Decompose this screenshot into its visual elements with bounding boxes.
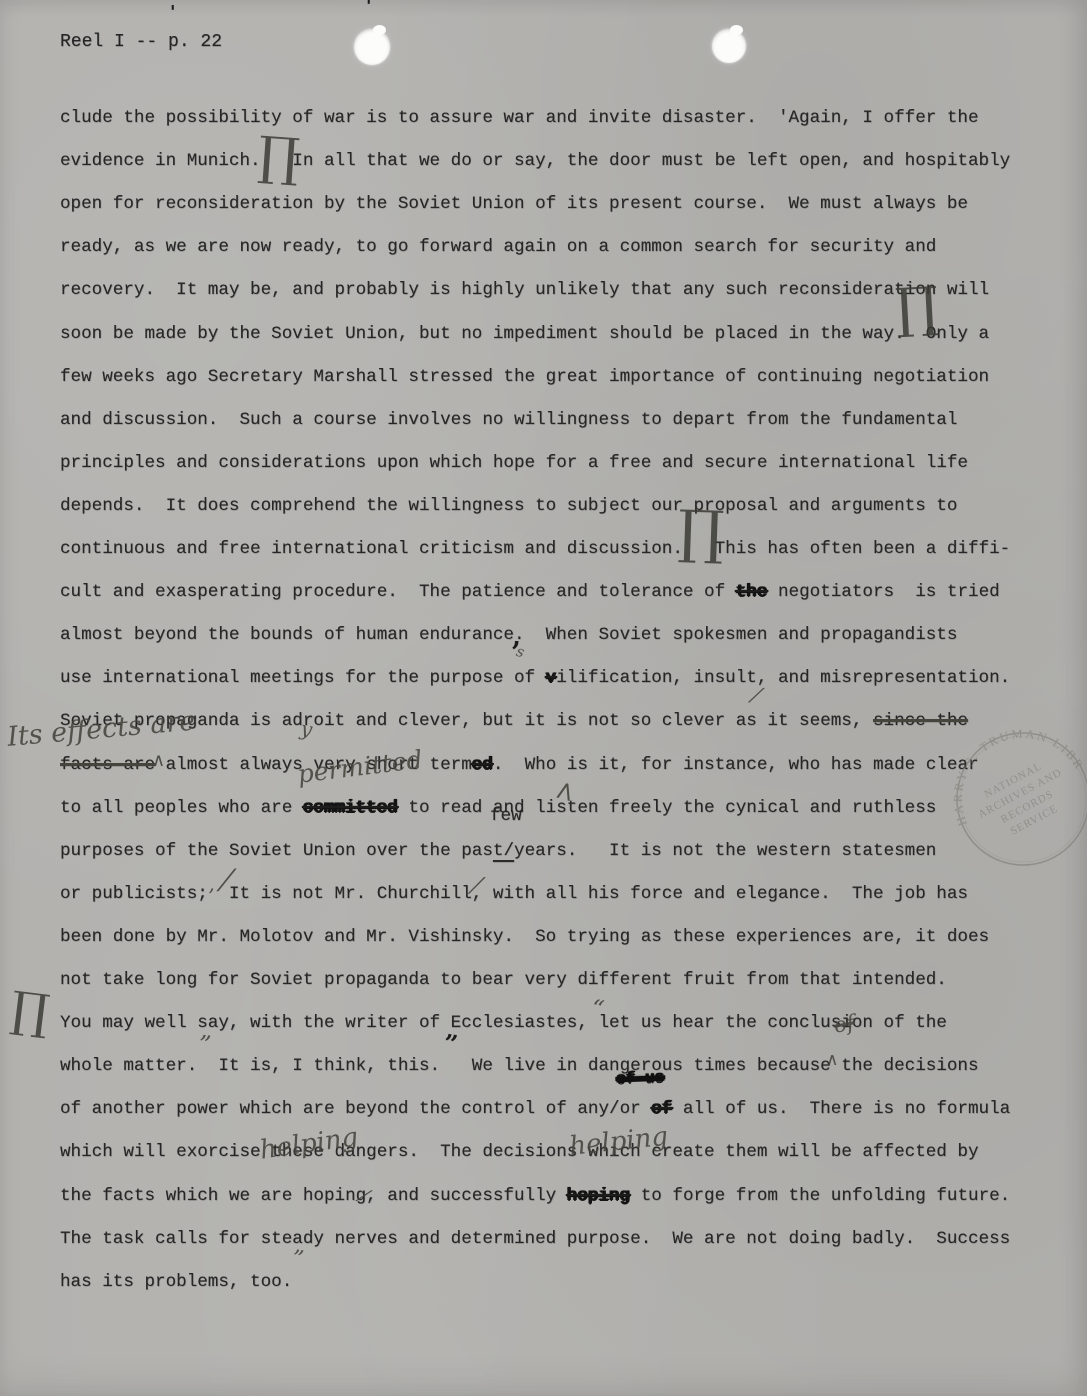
hw-quote-after-too: ” — [291, 1246, 306, 1272]
typed-line-27: The task calls for steady nerves and det… — [60, 1228, 1010, 1251]
typed-seg-blot: of — [651, 1099, 672, 1119]
typed-line-22: You may well say, with the writer of Ecc… — [60, 1012, 947, 1035]
typed-seg-blot: ed — [472, 755, 493, 775]
typed-line-4: ready, as we are now ready, to go forwar… — [60, 236, 936, 259]
typed-seg-blot: v — [546, 668, 557, 688]
pilcrow-after-way: ∏ — [894, 280, 940, 336]
hw-slash-before-it: ⁄ — [224, 864, 229, 899]
typed-line-12: cult and exasperating procedure. The pat… — [60, 581, 1000, 604]
typed-seg: been done by Mr. Molotov and Mr. Vishins… — [60, 927, 989, 947]
hw-apostrophe-publicists: ’ — [208, 884, 214, 908]
hw-its-effects-are: Its effects are — [6, 706, 196, 753]
typed-seg: all of us. There is no formula — [672, 1099, 1010, 1119]
typed-line-28: has its problems, too. — [60, 1271, 292, 1294]
top-tick-2: ' — [366, 0, 372, 17]
typed-seg: to read and listen freely the cynical an… — [398, 798, 936, 818]
typed-seg: the facts which we are hoping, and succe… — [60, 1186, 567, 1206]
typed-line-9: principles and considerations upon which… — [60, 452, 968, 475]
typed-line-15: Soviet propaganda is adroit and clever, … — [60, 710, 968, 733]
typed-seg: whole matter. It is, I think, this. We l… — [60, 1056, 979, 1076]
typed-seg: to forge from the unfolding future. — [630, 1186, 1010, 1206]
typed-line-16: facts are almost always very short terme… — [60, 754, 979, 777]
typed-seg: of another power which are beyond the co… — [60, 1099, 651, 1119]
typed-seg: continuous and free international critic… — [60, 539, 1010, 559]
typed-seg: depends. It does comprehend the willingn… — [60, 496, 957, 516]
document-page: Reel I -- p. 22 clude the possibility of… — [0, 0, 1087, 1396]
typed-seg: almost beyond the bounds of human endura… — [60, 625, 957, 645]
typed-seg: use international meetings for the purpo… — [60, 668, 546, 688]
typed-seg: few weeks ago Secretary Marshall stresse… — [60, 367, 989, 387]
typed-seg-strike: facts are — [60, 755, 155, 775]
hw-caret-because: ∧ — [826, 1050, 838, 1070]
typed-seg: and discussion. Such a course involves n… — [60, 410, 957, 430]
typed-seg-blot: hoping — [567, 1186, 630, 1206]
typed-line-26: the facts which we are hoping, and succe… — [60, 1185, 1010, 1208]
top-tick-1: ' — [170, 2, 176, 23]
typed-line-20: been done by Mr. Molotov and Mr. Vishins… — [60, 926, 989, 949]
typed-seg: clude the possibility of war is to assur… — [60, 108, 979, 128]
punch-hole-1 — [354, 29, 390, 65]
typed-line-19: or publicists; It is not Mr. Churchill, … — [60, 883, 968, 906]
typed-line-24: of another power which are beyond the co… — [60, 1098, 1010, 1121]
typed-seg: principles and considerations upon which… — [60, 453, 968, 473]
pilcrow-after-discussion: ∏ — [677, 502, 725, 562]
typed-seg: . Who is it, for instance, who has made … — [493, 755, 979, 775]
typed-seg: years. It is not the western statesmen — [514, 841, 936, 861]
typed-seg: ilification, insult, and misrepresentati… — [556, 668, 1010, 688]
typed-line-7: few weeks ago Secretary Marshall stresse… — [60, 366, 989, 389]
typed-line-3: open for reconsideration by the Soviet U… — [60, 193, 968, 216]
typed-seg: ready, as we are now ready, to go forwar… — [60, 237, 936, 257]
typed-seg: not take long for Soviet propaganda to b… — [60, 970, 947, 990]
typed-insert-few: few — [490, 806, 522, 826]
typed-seg: You may well say, with the writer of Ecc… — [60, 1013, 947, 1033]
typed-line-23: whole matter. It is, I think, this. We l… — [60, 1055, 979, 1078]
typed-seg: recovery. It may be, and probably is hig… — [60, 280, 989, 300]
typed-seg-blot: committed — [303, 798, 398, 818]
pilcrow-margin-ecclesiastes: ∏ — [8, 985, 52, 1037]
typed-seg: evidence in Munich. In all that we do or… — [60, 151, 1010, 171]
typed-line-11: continuous and free international critic… — [60, 538, 1010, 561]
hw-of-struck-because: of — [832, 1010, 856, 1037]
typed-line-13: almost beyond the bounds of human endura… — [60, 624, 957, 647]
typed-seg-strike: since the — [873, 711, 968, 731]
pilcrow-after-munich: ∏ — [256, 130, 301, 185]
typed-seg: open for reconsideration by the Soviet U… — [60, 194, 968, 214]
typed-seg: cult and exasperating procedure. The pat… — [60, 582, 736, 602]
typed-seg: or publicists; It is not Mr. Churchill, … — [60, 884, 968, 904]
typed-line-18: purposes of the Soviet Union over the pa… — [60, 840, 936, 863]
typed-line-14: use international meetings for the purpo… — [60, 667, 1010, 690]
typed-line-10: depends. It does comprehend the willingn… — [60, 495, 957, 518]
typed-seg-u: t/ — [493, 841, 514, 861]
typed-seg: purposes of the Soviet Union over the pa… — [60, 841, 493, 861]
typed-line-1: clude the possibility of war is to assur… — [60, 107, 979, 130]
typed-seg: negotiators is tried — [767, 582, 999, 602]
typed-of-us-struck: of us — [616, 1068, 665, 1088]
typed-line-8: and discussion. Such a course involves n… — [60, 409, 957, 432]
hw-caret-facts: ∧ — [152, 750, 165, 771]
typed-seg: to all peoples who are — [60, 798, 303, 818]
typed-line-25: which will exorcise these dangers. The d… — [60, 1141, 979, 1164]
typed-line-5: recovery. It may be, and probably is hig… — [60, 279, 989, 302]
typed-seg: has its problems, too. — [60, 1272, 292, 1292]
reel-page-label: Reel I -- p. 22 — [60, 30, 222, 54]
typed-seg: The task calls for steady nerves and det… — [60, 1229, 1010, 1249]
typed-seg: which will exorcise these dangers. The d… — [60, 1142, 979, 1162]
typed-line-2: evidence in Munich. In all that we do or… — [60, 150, 1010, 173]
typed-line-21: not take long for Soviet propaganda to b… — [60, 969, 947, 992]
hw-quote-after-this: ” — [442, 1028, 460, 1059]
punch-hole-2 — [712, 29, 746, 63]
typed-seg: soon be made by the Soviet Union, but no… — [60, 324, 989, 344]
hw-permitted: permitted — [296, 745, 424, 789]
typed-seg-blot: the — [736, 582, 768, 602]
typed-line-6: soon be made by the Soviet Union, but no… — [60, 323, 989, 346]
